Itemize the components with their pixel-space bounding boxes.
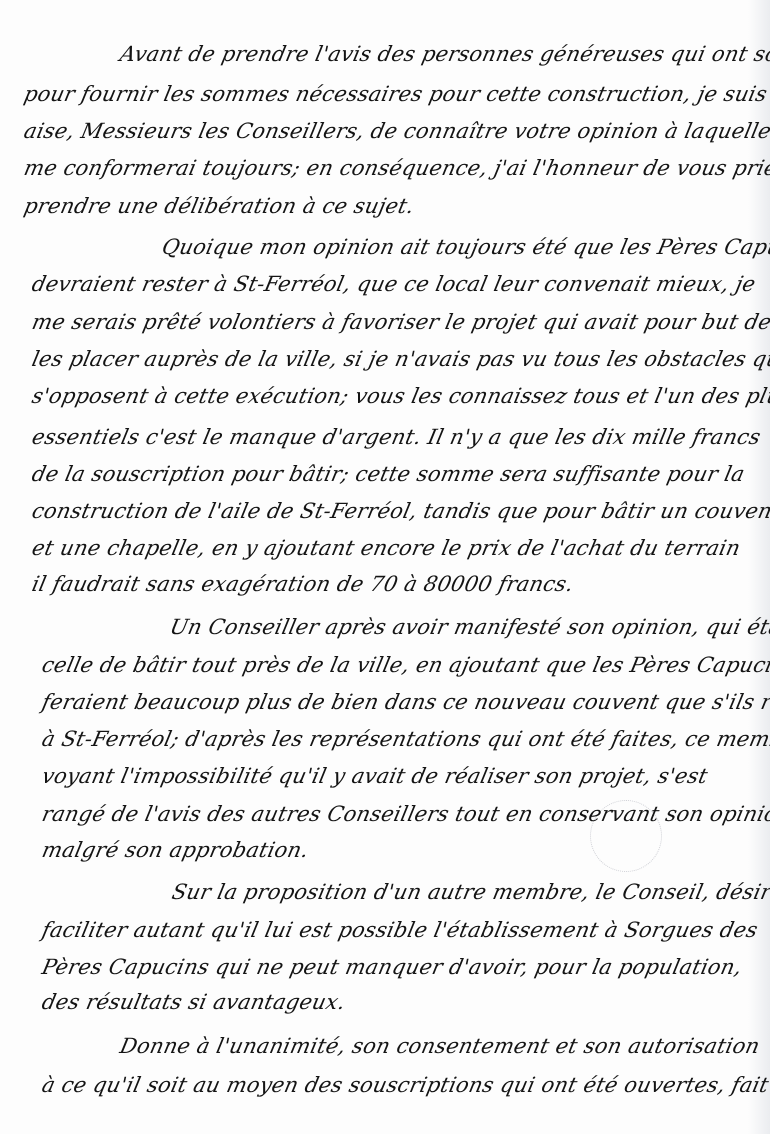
- text-line: Un Conseiller après avoir manifesté son …: [168, 617, 770, 638]
- text-line: celle de bâtir tout près de la ville, en…: [40, 655, 770, 676]
- text-line: à St-Ferréol; d'après les représentation…: [40, 729, 770, 750]
- text-line: voyant l'impossibilité qu'il y avait de …: [40, 766, 709, 787]
- text-line: Quoique mon opinion ait toujours été que…: [160, 237, 770, 258]
- text-line: Sur la proposition d'un autre membre, le…: [170, 882, 770, 903]
- text-line: il faudrait sans exagération de 70 à 800…: [30, 574, 575, 595]
- text-line: faciliter autant qu'il lui est possible …: [40, 920, 760, 941]
- text-line: pour fournir les sommes nécessaires pour…: [22, 84, 770, 105]
- text-line: Avant de prendre l'avis des personnes gé…: [118, 44, 770, 65]
- text-line: prendre une délibération à ce sujet.: [22, 196, 416, 217]
- text-line: devraient rester à St-Ferréol, que ce lo…: [30, 274, 757, 295]
- text-line: des résultats si avantageux.: [40, 992, 347, 1013]
- text-line: malgré son approbation.: [40, 840, 310, 861]
- text-line: rangé de l'avis des autres Conseillers t…: [40, 804, 770, 825]
- text-line: Donne à l'unanimité, son consentement et…: [118, 1036, 762, 1057]
- text-line: Pères Capucins qui ne peut manquer d'avo…: [40, 957, 744, 978]
- text-line: de la souscription pour bâtir; cette som…: [30, 464, 746, 485]
- text-line: à ce qu'il soit au moyen des souscriptio…: [40, 1075, 770, 1096]
- text-line: et une chapelle, en y ajoutant encore le…: [30, 538, 742, 559]
- text-line: construction de l'aile de St-Ferréol, ta…: [30, 501, 770, 522]
- text-line: aise, Messieurs les Conseillers, de conn…: [22, 121, 770, 142]
- text-line: me serais prêté volontiers à favoriser l…: [30, 312, 770, 333]
- text-line: feraient beaucoup plus de bien dans ce n…: [40, 692, 770, 713]
- text-line: s'opposent à cette exécution; vous les c…: [30, 386, 770, 407]
- text-line: les placer auprès de la ville, si je n'a…: [30, 349, 770, 370]
- text-line: essentiels c'est le manque d'argent. Il …: [30, 427, 762, 448]
- manuscript-page: Avant de prendre l'avis des personnes gé…: [0, 0, 770, 1134]
- text-line: me conformerai toujours; en conséquence,…: [22, 158, 770, 179]
